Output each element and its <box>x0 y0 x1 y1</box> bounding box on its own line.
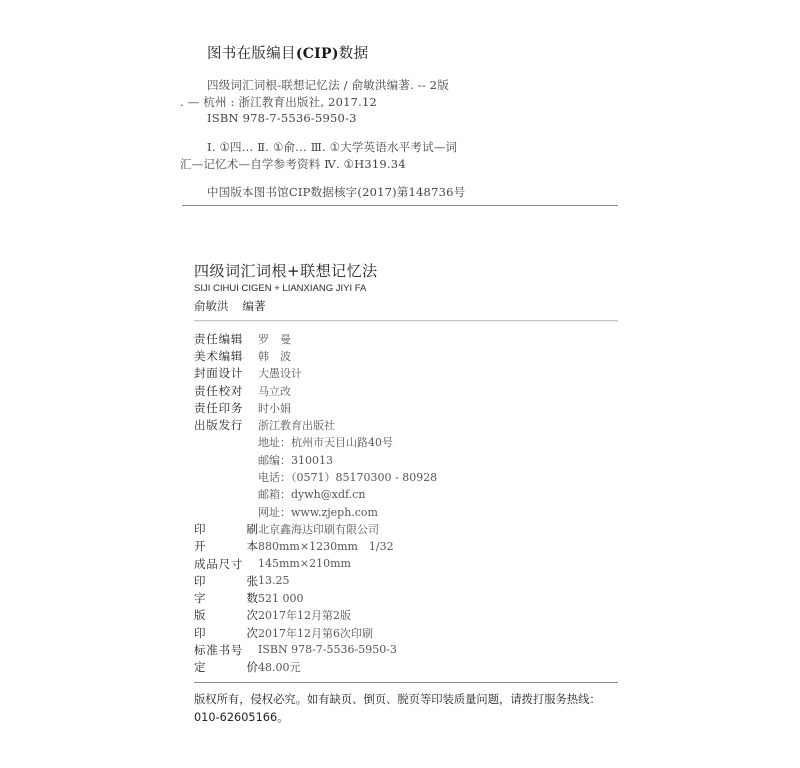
cip-heading-tag: (CIP) <box>296 46 339 62</box>
cip-line-record-number: 中国版本图书馆CIP数据核字(2017)第148736号 <box>207 184 465 200</box>
colophon-label-part: 责任校对 <box>194 383 243 399</box>
colophon-row: 责任印务时小娟 <box>194 399 437 416</box>
colophon-value: 马立改 <box>258 383 291 399</box>
colophon-label-part: 本 <box>247 538 259 554</box>
colophon-label-part: 价 <box>247 659 259 675</box>
colophon-row: 邮编：310013 <box>194 451 437 468</box>
colophon-value: 时小娟 <box>258 400 291 416</box>
colophon-row: 开本880mm×1230mm 1/32 <box>194 538 437 555</box>
colophon-row: 地址：杭州市天目山路40号 <box>194 434 437 451</box>
colophon-label: 责任编辑 <box>194 331 258 347</box>
colophon-label-part: 版 <box>194 607 206 623</box>
colophon-label-part: 次 <box>247 625 259 641</box>
colophon-value: 2017年12月第6次印刷 <box>258 625 373 641</box>
colophon-row: 出版发行浙江教育出版社 <box>194 416 437 433</box>
colophon-label-part: 封面设计 <box>194 365 243 381</box>
colophon-label-part: 定 <box>194 659 206 675</box>
colophon-row: 印刷北京鑫海达印刷有限公司 <box>194 520 437 537</box>
colophon-row: 责任校对马立改 <box>194 382 437 399</box>
colophon-label-part: 印 <box>194 521 206 537</box>
colophon-label: 责任印务 <box>194 400 258 416</box>
divider-middle <box>194 320 618 321</box>
colophon-row: 印次2017年12月第6次印刷 <box>194 624 437 641</box>
author-name: 俞敏洪 <box>194 299 229 313</box>
colophon-label: 印张 <box>194 573 258 589</box>
colophon-label-part: 印 <box>194 625 206 641</box>
colophon-label: 印刷 <box>194 521 258 537</box>
colophon-row: 印张13.25 <box>194 572 437 589</box>
colophon-value: 电话：（0571）85170300 - 80928 <box>258 469 437 485</box>
colophon-label-part: 标准书号 <box>194 642 243 658</box>
cip-line-isbn: ISBN 978-7-5536-5950-3 <box>207 111 357 125</box>
colophon-value: 2017年12月第2版 <box>258 607 351 623</box>
colophon-value: 邮编：310013 <box>258 452 333 468</box>
colophon-label: 定价 <box>194 659 258 675</box>
colophon-value: 网址：www.zjeph.com <box>258 504 378 520</box>
colophon-label: 封面设计 <box>194 365 258 381</box>
colophon-value: 13.25 <box>258 574 290 587</box>
book-title: 四级词汇词根+联想记忆法 <box>194 260 378 281</box>
cip-line-publisher: . — 杭州 : 浙江教育出版社, 2017.12 <box>180 94 377 110</box>
colophon-row: 邮箱：dywh@xdf.cn <box>194 486 437 503</box>
colophon-label: 开本 <box>194 538 258 554</box>
colophon-label-part: 责任印务 <box>194 400 243 416</box>
colophon-label-part: 成品尺寸 <box>194 556 243 572</box>
cip-heading-pre: 图书在版编目 <box>207 46 296 62</box>
colophon-value: 邮箱：dywh@xdf.cn <box>258 486 365 502</box>
colophon-row: 版次2017年12月第2版 <box>194 607 437 624</box>
colophon-label-part: 张 <box>247 573 259 589</box>
cip-line-classification-2: 汇—记忆术—自学参考资料 Ⅳ. ①H319.34 <box>180 156 406 172</box>
colophon-value: 北京鑫海达印刷有限公司 <box>258 521 379 537</box>
colophon-label-part: 数 <box>247 590 259 606</box>
colophon-value: 48.00元 <box>258 659 301 675</box>
cip-heading-post: 数据 <box>339 46 369 62</box>
colophon-credits: 责任编辑罗 曼美术编辑韩 波封面设计大愚设计责任校对马立改责任印务时小娟出版发行… <box>194 330 437 676</box>
colophon-value: 罗 曼 <box>258 331 291 347</box>
colophon-label: 责任校对 <box>194 383 258 399</box>
colophon-label: 字数 <box>194 590 258 606</box>
colophon-value: 地址：杭州市天目山路40号 <box>258 434 393 450</box>
cip-heading: 图书在版编目(CIP)数据 <box>207 42 368 63</box>
colophon-value: ISBN 978-7-5536-5950-3 <box>258 643 397 656</box>
colophon-value: 521 000 <box>258 592 304 605</box>
colophon-label-part: 责任编辑 <box>194 331 243 347</box>
colophon-label: 成品尺寸 <box>194 556 258 572</box>
colophon-label: 印次 <box>194 625 258 641</box>
divider-bottom <box>194 682 618 683</box>
colophon-label-part: 字 <box>194 590 206 606</box>
copyright-notice: 版权所有，侵权必究。如有缺页、倒页、脱页等印装质量问题，请拨打服务热线：010-… <box>194 691 624 727</box>
colophon-row: 成品尺寸145mm×210mm <box>194 555 437 572</box>
colophon-row: 电话：（0571）85170300 - 80928 <box>194 468 437 485</box>
colophon-label-part: 出版发行 <box>194 417 243 433</box>
colophon-label: 标准书号 <box>194 642 258 658</box>
colophon-label: 版次 <box>194 607 258 623</box>
colophon-value: 浙江教育出版社 <box>258 417 335 433</box>
colophon-label-part: 次 <box>247 607 259 623</box>
author-role: 编著 <box>243 299 266 313</box>
cip-line-title: 四级词汇词根-联想记忆法 / 俞敏洪编著. -- 2版 <box>207 77 449 93</box>
colophon-row: 封面设计大愚设计 <box>194 365 437 382</box>
colophon-row: 定价48.00元 <box>194 659 437 676</box>
cip-line-classification-1: Ⅰ. ①四… Ⅱ. ①俞… Ⅲ. ①大学英语水平考试—词 <box>207 139 457 155</box>
colophon-label-part: 印 <box>194 573 206 589</box>
book-author: 俞敏洪编著 <box>194 298 266 314</box>
colophon-value: 大愚设计 <box>258 365 302 381</box>
colophon-value: 145mm×210mm <box>258 557 351 570</box>
book-title-pinyin: SIJI CIHUI CIGEN + LIANXIANG JIYI FA <box>194 283 366 294</box>
colophon-row: 字数521 000 <box>194 589 437 606</box>
colophon-row: 网址：www.zjeph.com <box>194 503 437 520</box>
divider-top <box>182 205 618 206</box>
colophon-row: 标准书号ISBN 978-7-5536-5950-3 <box>194 641 437 658</box>
colophon-row: 责任编辑罗 曼 <box>194 330 437 347</box>
colophon-label: 美术编辑 <box>194 348 258 364</box>
colophon-value: 韩 波 <box>258 348 291 364</box>
colophon-label-part: 开 <box>194 538 206 554</box>
colophon-row: 美术编辑韩 波 <box>194 347 437 364</box>
colophon-label-part: 刷 <box>247 521 259 537</box>
colophon-value: 880mm×1230mm 1/32 <box>258 538 394 554</box>
colophon-label-part: 美术编辑 <box>194 348 243 364</box>
colophon-label: 出版发行 <box>194 417 258 433</box>
